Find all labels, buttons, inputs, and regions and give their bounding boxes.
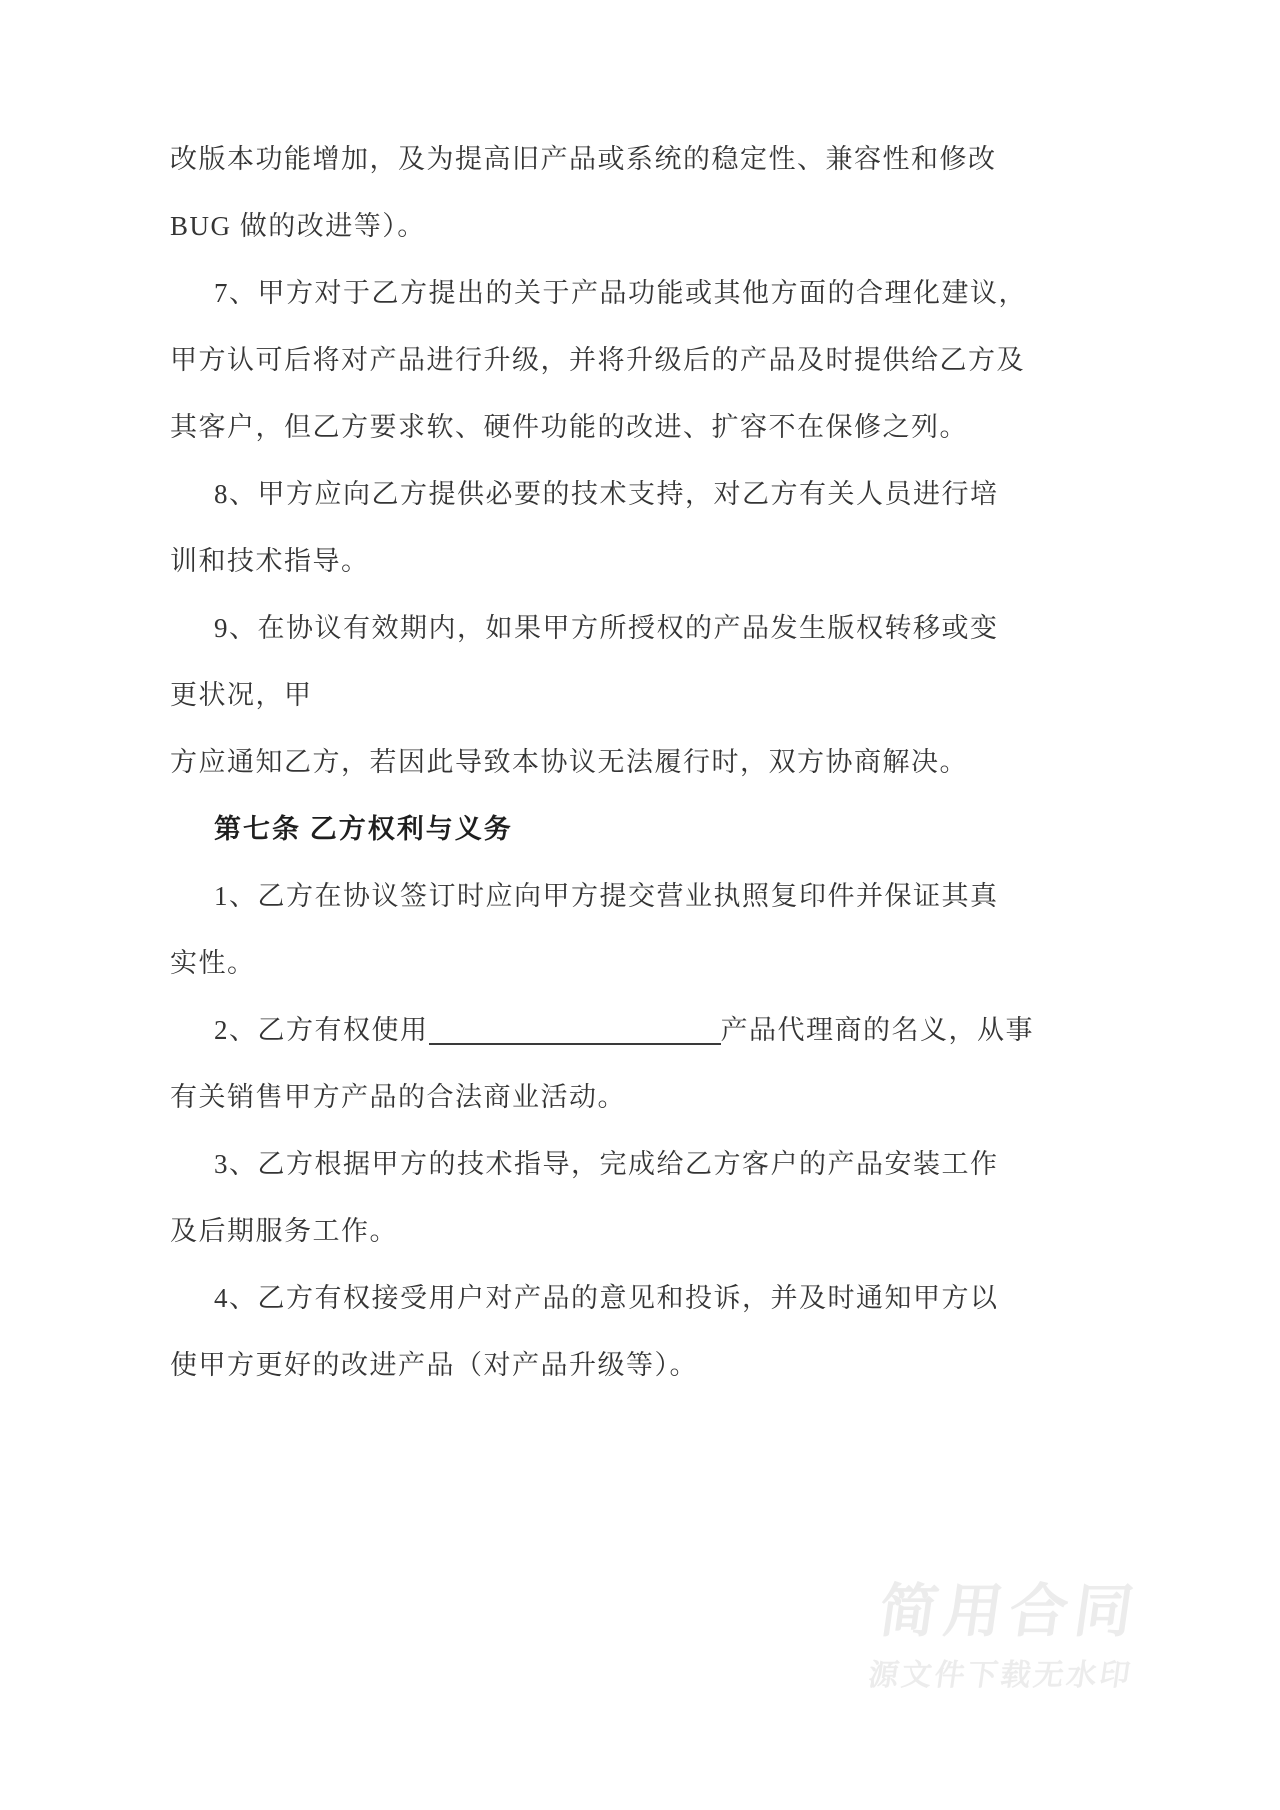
article7-item1-line-2: 实性。 xyxy=(170,930,1170,997)
article7-item2-line-2: 有关销售甲方产品的合法商业活动。 xyxy=(170,1064,1170,1131)
line-text: 甲方认可后将对产品进行升级，并将升级后的产品及时提供给乙方及 xyxy=(170,345,1025,375)
clause7-line-2: 甲方认可后将对产品进行升级，并将升级后的产品及时提供给乙方及 xyxy=(170,327,1170,394)
line-text: 7、甲方对于乙方提出的关于产品功能或其他方面的合理化建议， xyxy=(214,278,1027,308)
clause9-line-3: 方应通知乙方，若因此导致本协议无法履行时，双方协商解决。 xyxy=(170,729,1170,796)
line-text: 9、在协议有效期内，如果甲方所授权的产品发生版权转移或变 xyxy=(214,613,999,643)
line-text: 产品代理商的名义，从事 xyxy=(721,1015,1035,1045)
clause6-continuation-line-2: BUG 做的改进等）。 xyxy=(170,193,1170,260)
article7-item3-line-1: 3、乙方根据甲方的技术指导，完成给乙方客户的产品安装工作 xyxy=(170,1131,1170,1198)
article7-item4-line-2: 使甲方更好的改进产品（对产品升级等）。 xyxy=(170,1332,1170,1399)
clause9-line-2: 更状况，甲 xyxy=(170,662,1170,729)
line-text: 更状况，甲 xyxy=(170,680,313,710)
article7-item3-line-2: 及后期服务工作。 xyxy=(170,1198,1170,1265)
line-text: 方应通知乙方，若因此导致本协议无法履行时，双方协商解决。 xyxy=(170,747,968,777)
article7-heading: 第七条 乙方权利与义务 xyxy=(170,796,1170,863)
watermark-subtitle: 源文件下载无水印 xyxy=(866,1661,1134,1691)
clause7-line-1: 7、甲方对于乙方提出的关于产品功能或其他方面的合理化建议， xyxy=(170,260,1170,327)
line-text: 其客户，但乙方要求软、硬件功能的改进、扩容不在保修之列。 xyxy=(170,412,968,442)
line-text: 8、甲方应向乙方提供必要的技术支持，对乙方有关人员进行培 xyxy=(214,479,999,509)
fill-in-blank-line xyxy=(429,1007,721,1045)
line-text: 实性。 xyxy=(170,948,256,978)
clause6-continuation-line-1: 改版本功能增加，及为提高旧产品或系统的稳定性、兼容性和修改 xyxy=(170,126,1170,193)
article7-item4-line-1: 4、乙方有权接受用户对产品的意见和投诉，并及时通知甲方以 xyxy=(170,1265,1170,1332)
watermark: 简用合同 源文件下载无水印 xyxy=(866,1583,1145,1691)
line-text: 训和技术指导。 xyxy=(170,546,370,576)
clause9-line-1: 9、在协议有效期内，如果甲方所授权的产品发生版权转移或变 xyxy=(170,595,1170,662)
line-text: 3、乙方根据甲方的技术指导，完成给乙方客户的产品安装工作 xyxy=(214,1149,999,1179)
clause7-line-3: 其客户，但乙方要求软、硬件功能的改进、扩容不在保修之列。 xyxy=(170,394,1170,461)
contract-body: 改版本功能增加，及为提高旧产品或系统的稳定性、兼容性和修改BUG 做的改进等）。… xyxy=(170,126,1170,1399)
clause8-line-1: 8、甲方应向乙方提供必要的技术支持，对乙方有关人员进行培 xyxy=(170,461,1170,528)
line-text: 1、乙方在协议签订时应向甲方提交营业执照复印件并保证其真 xyxy=(214,881,999,911)
line-text: BUG 做的改进等）。 xyxy=(170,211,426,241)
article7-item1-line-1: 1、乙方在协议签订时应向甲方提交营业执照复印件并保证其真 xyxy=(170,863,1170,930)
document-page: 改版本功能增加，及为提高旧产品或系统的稳定性、兼容性和修改BUG 做的改进等）。… xyxy=(0,0,1280,1810)
line-text: 及后期服务工作。 xyxy=(170,1216,398,1246)
line-text: 第七条 乙方权利与义务 xyxy=(214,814,513,844)
line-text: 有关销售甲方产品的合法商业活动。 xyxy=(170,1082,626,1112)
clause8-line-2: 训和技术指导。 xyxy=(170,528,1170,595)
line-text: 改版本功能增加，及为提高旧产品或系统的稳定性、兼容性和修改 xyxy=(170,144,997,174)
watermark-title: 简用合同 xyxy=(873,1583,1145,1641)
article7-item2-line-1: 2、乙方有权使用产品代理商的名义，从事 xyxy=(170,997,1170,1064)
line-text: 2、乙方有权使用 xyxy=(214,1015,429,1045)
line-text: 使甲方更好的改进产品（对产品升级等）。 xyxy=(170,1350,698,1380)
line-text: 4、乙方有权接受用户对产品的意见和投诉，并及时通知甲方以 xyxy=(214,1283,999,1313)
